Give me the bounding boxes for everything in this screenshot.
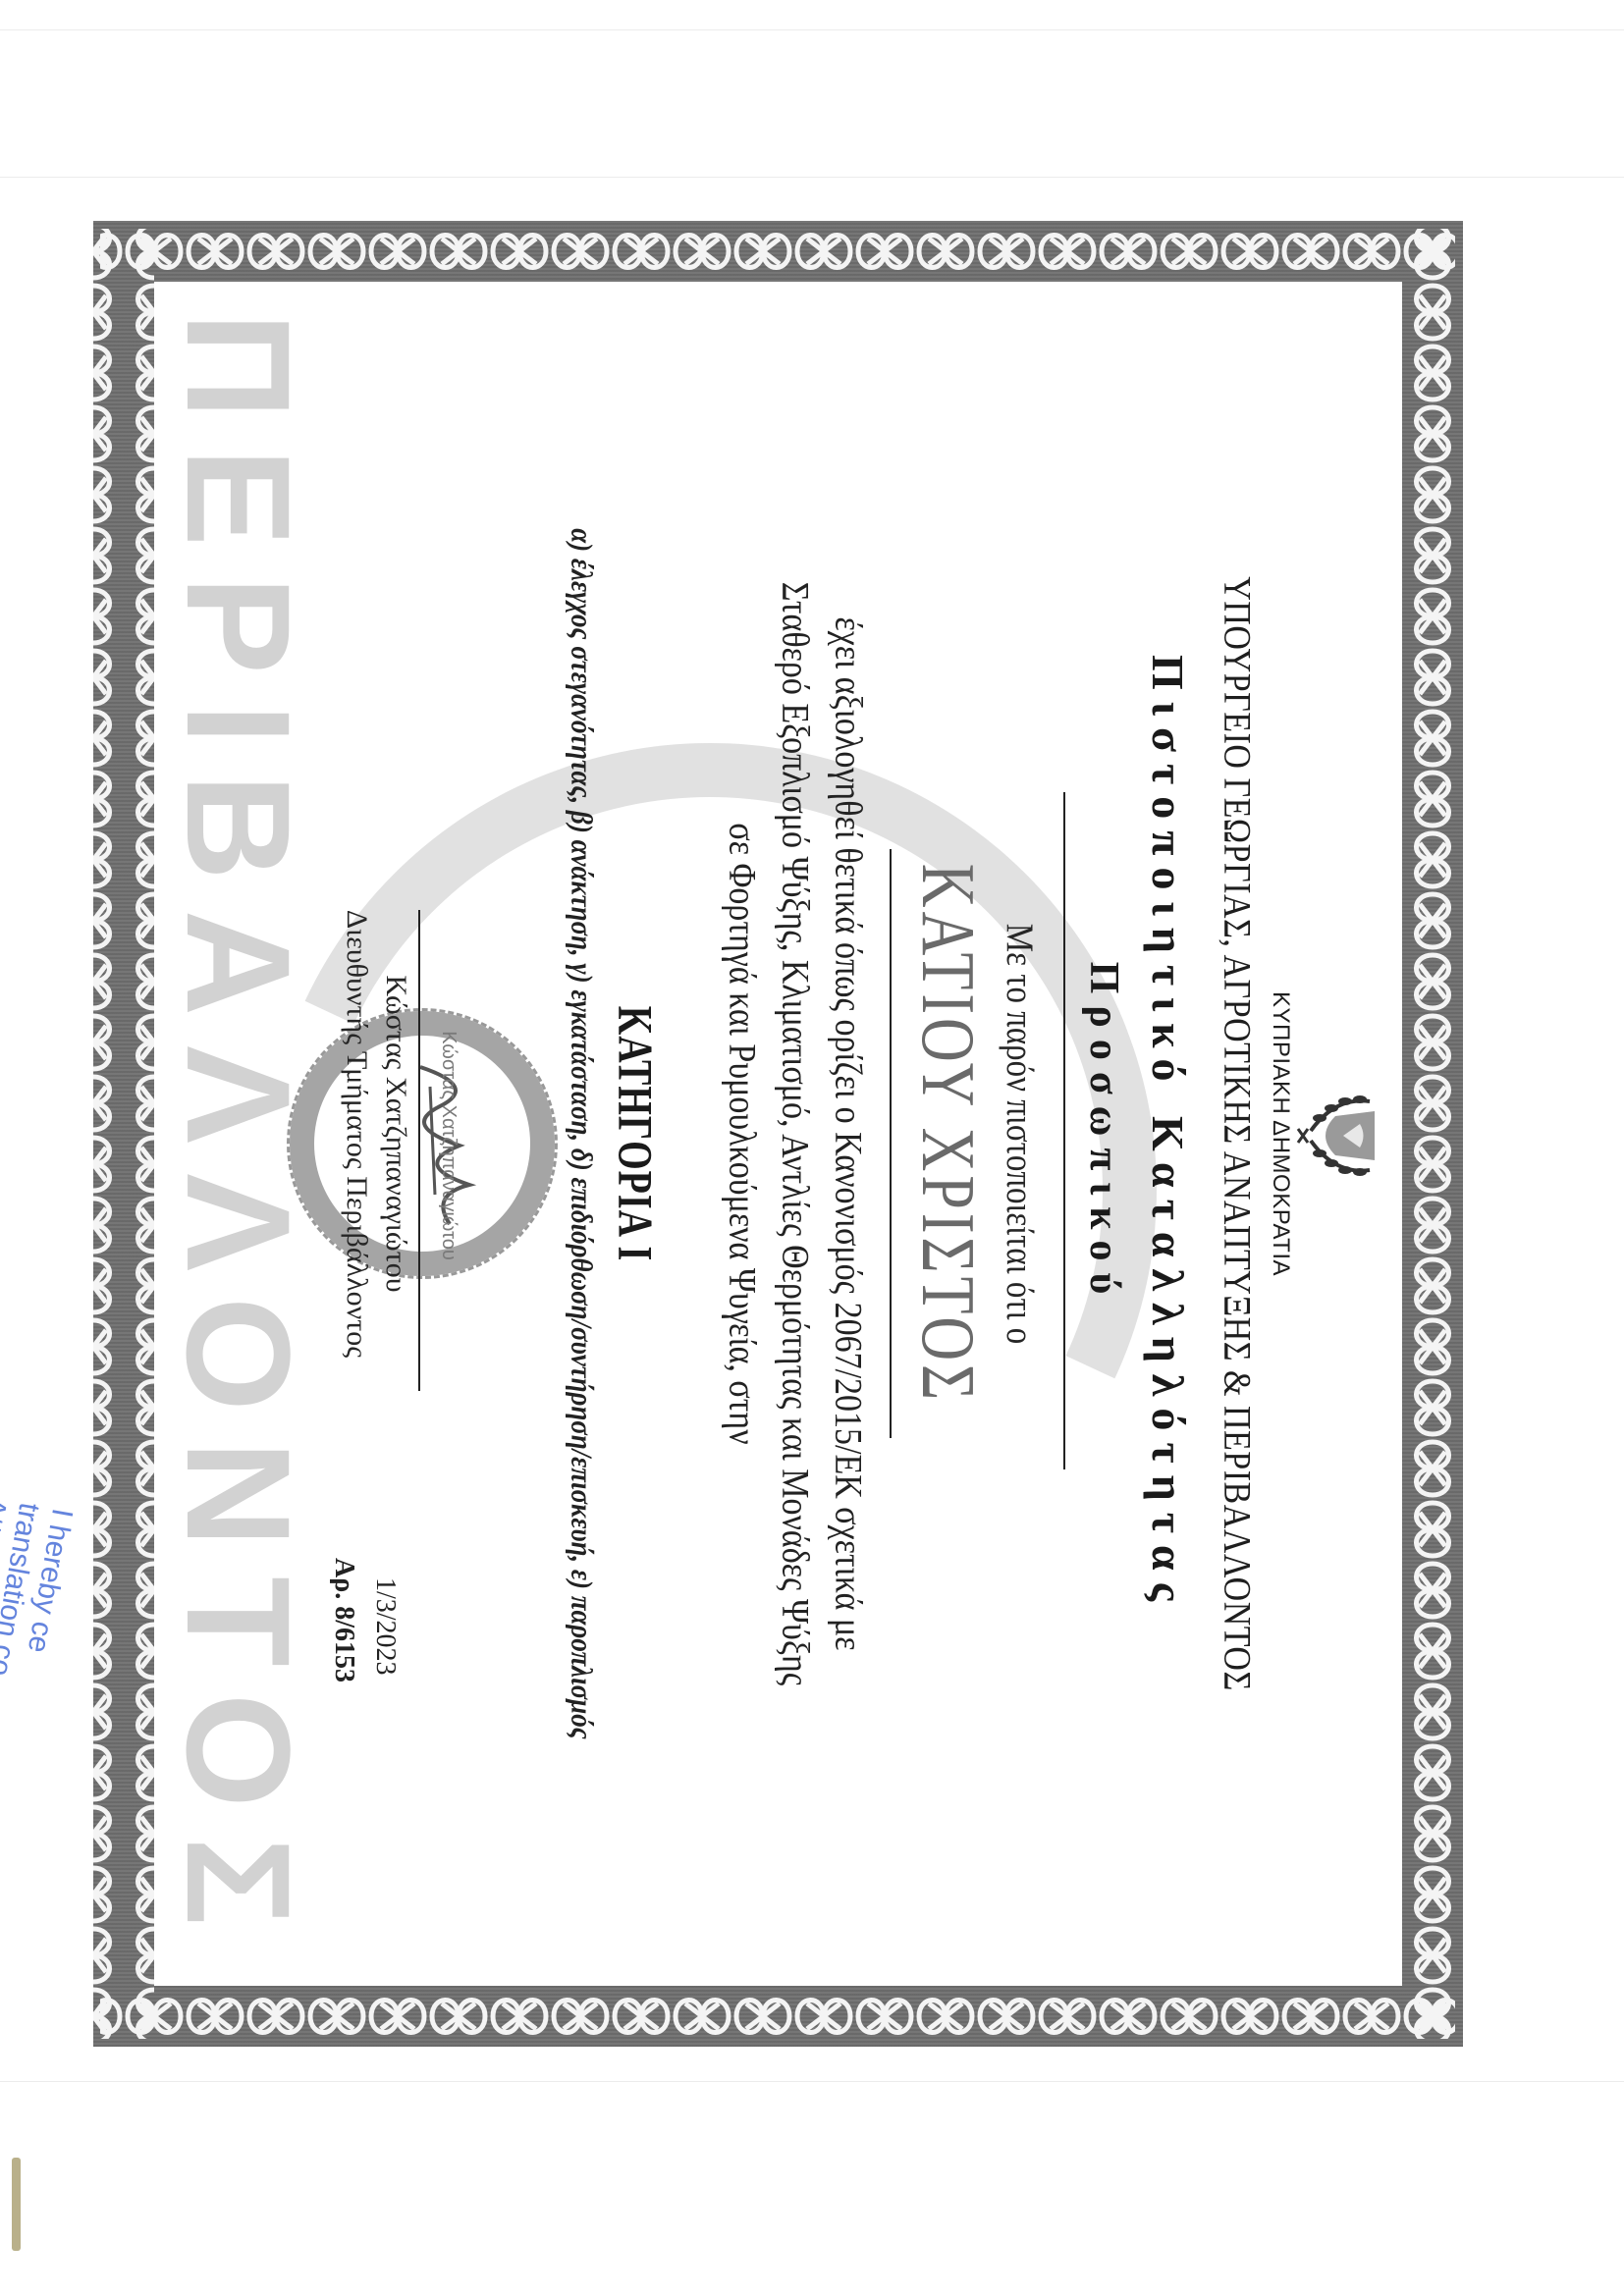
signatory-title: Διευθυντής Τμήματος Περιβάλλοντος (340, 282, 373, 1986)
certificate: ΠΕΡΙΒΑΛΛΟΝΤΟΣ ΚΥΠΡΙΑΚΗ ΔΗΜΟΚΡΑΤΙΑ ΥΠΟΥΡΓ… (93, 221, 1463, 2047)
cyprus-emblem-icon (1296, 1087, 1394, 1185)
category-heading: ΚΑΤΗΓΟΡΙΑ Ι (606, 282, 662, 1986)
scan-line (0, 29, 1624, 30)
body-line: Σταθερό Εξοπλισμό Ψύξης, Κλιματισμό, Αντ… (768, 282, 821, 1986)
issue-date: 1/3/2023 (369, 1577, 401, 1676)
certificate-title: Πιστοποιητικό Καταλληλότητας (1142, 282, 1194, 1986)
certification-body: έχει αξιολογηθεί θετικά όπως ορίζει ο Κα… (715, 282, 874, 1986)
holder-name: ΚΑΤΙΟΥ ΧΡΙΣΤΟΣ (903, 282, 991, 1986)
scan-line (0, 177, 1624, 178)
ministry-heading: ΥΠΟΥΡΓΕΙΟ ΓΕΩΡΓΙΑΣ, ΑΓΡΟΤΙΚΗΣ ΑΝΑΠΤΥΞΗΣ … (1215, 282, 1258, 1986)
signatory-stamp-name: Κώστας Χατζηπαναγιώτου (437, 939, 460, 1352)
body-line: σε Φορτηγά και Ρυμουλκούμενα Ψυγεία, στη… (715, 282, 768, 1986)
divider (890, 849, 892, 1438)
republic-heading: ΚΥΠΡΙΑΚΗ ΔΗΜΟΚΡΑΤΙΑ (1267, 282, 1294, 1986)
paper-clip-mark (12, 2158, 21, 2251)
reference-number: Αρ. 8/6153 (328, 1558, 359, 1682)
intro-text: Με το παρόν πιστοποιείται ότι ο (997, 282, 1040, 1986)
certificate-body: ΠΕΡΙΒΑΛΛΟΝΤΟΣ ΚΥΠΡΙΑΚΗ ΔΗΜΟΚΡΑΤΙΑ ΥΠΟΥΡΓ… (154, 282, 1402, 1986)
signature-line (418, 910, 420, 1391)
category-items: α) έλεγχος στεγανότητας, β) ανάκτηση, γ)… (565, 282, 600, 1986)
scan-line (0, 2081, 1624, 2082)
translation-stamp: I hereby ce translation co Att (0, 1494, 79, 1683)
body-line: έχει αξιολογηθεί θετικά όπως ορίζει ο Κα… (822, 282, 875, 1986)
signatory-name: Κώστας Χατζηπαναγιώτου (379, 282, 412, 1986)
certificate-subtitle: Προσωπικού (1080, 282, 1127, 1986)
divider (1063, 792, 1065, 1469)
